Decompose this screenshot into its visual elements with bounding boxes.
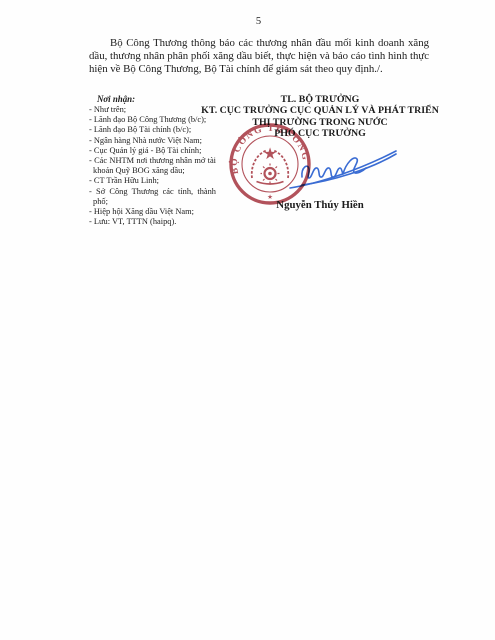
page-number: 5 xyxy=(89,16,428,27)
recipient-item: - Sở Công Thương các tỉnh, thành phố; xyxy=(89,187,216,207)
recipient-item: - Lãnh đạo Bộ Công Thương (b/c); xyxy=(89,115,216,125)
signer-name: Nguyễn Thúy Hiền xyxy=(198,199,442,211)
document-page: 5 Bộ Công Thương thông báo các thương nh… xyxy=(0,0,495,640)
recipient-item: - Hiệp hội Xăng dầu Việt Nam; xyxy=(89,207,216,217)
recipient-item: - Lưu: VT, TTTN (haipq). xyxy=(89,217,216,227)
recipient-item: - Các NHTM nơi thương nhân mở tài khoản … xyxy=(89,156,216,176)
recipient-item: - CT Trần Hữu Linh; xyxy=(89,176,216,186)
recipient-item: - Lãnh đạo Bộ Tài chính (b/c); xyxy=(89,125,216,135)
body-paragraph: Bộ Công Thương thông báo các thương nhân… xyxy=(89,37,429,76)
recipient-item: - Ngân hàng Nhà nước Việt Nam; xyxy=(89,136,216,146)
recipient-item: - Như trên; xyxy=(89,105,216,115)
recipient-item: - Cục Quản lý giá - Bộ Tài chính; xyxy=(89,146,216,156)
signoff-title-line: KT. CỤC TRƯỞNG CỤC QUẢN LÝ VÀ PHÁT TRIỂN xyxy=(198,105,442,116)
recipients-heading: Nơi nhận: xyxy=(89,94,216,104)
seal-star-emblem: ★ xyxy=(263,146,277,163)
recipients-block: Nơi nhận: - Như trên; - Lãnh đạo Bộ Công… xyxy=(89,94,216,227)
handwritten-signature-icon xyxy=(286,143,398,191)
signoff-authority-line: TL. BỘ TRƯỞNG xyxy=(198,94,442,105)
